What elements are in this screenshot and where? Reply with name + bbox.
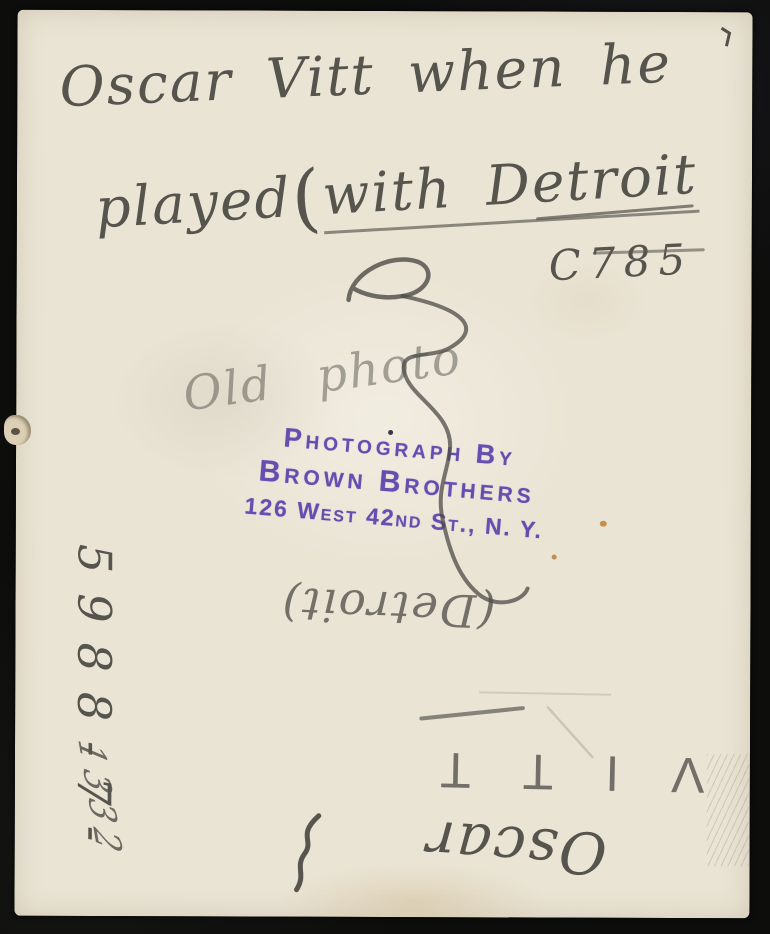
caption-line-1: Oscar Vitt when he [58,31,673,120]
photographer-stamp: Photograph By Brown Brothers 126 West 42… [197,413,596,551]
pencil-hatch-marks [707,754,749,866]
caption-line-2-underlined: with Detroit [321,142,700,234]
rust-stain-speck [600,521,607,527]
upside-down-detroit-note: (Detroit) [220,575,557,641]
scanned-photo-back: Oscar Vitt when he played(with Detroit C… [0,0,770,934]
photo-card: Oscar Vitt when he played(with Detroit C… [14,10,752,919]
ink-speck [388,430,393,435]
caption-line-2-word: played [94,165,294,240]
edge-tear-speck [11,428,20,435]
caption-line-2: played(with Detroit [93,132,700,254]
zigzag-mark [297,816,319,890]
faint-horizontal-stroke [479,692,611,694]
flourish-scribble-loop [349,259,429,300]
catalog-code: C785 [548,234,695,290]
rust-stain-speck-small [552,555,557,560]
faint-note-old-photo: Old photo [180,330,465,423]
corner-tick-mark [721,28,729,46]
